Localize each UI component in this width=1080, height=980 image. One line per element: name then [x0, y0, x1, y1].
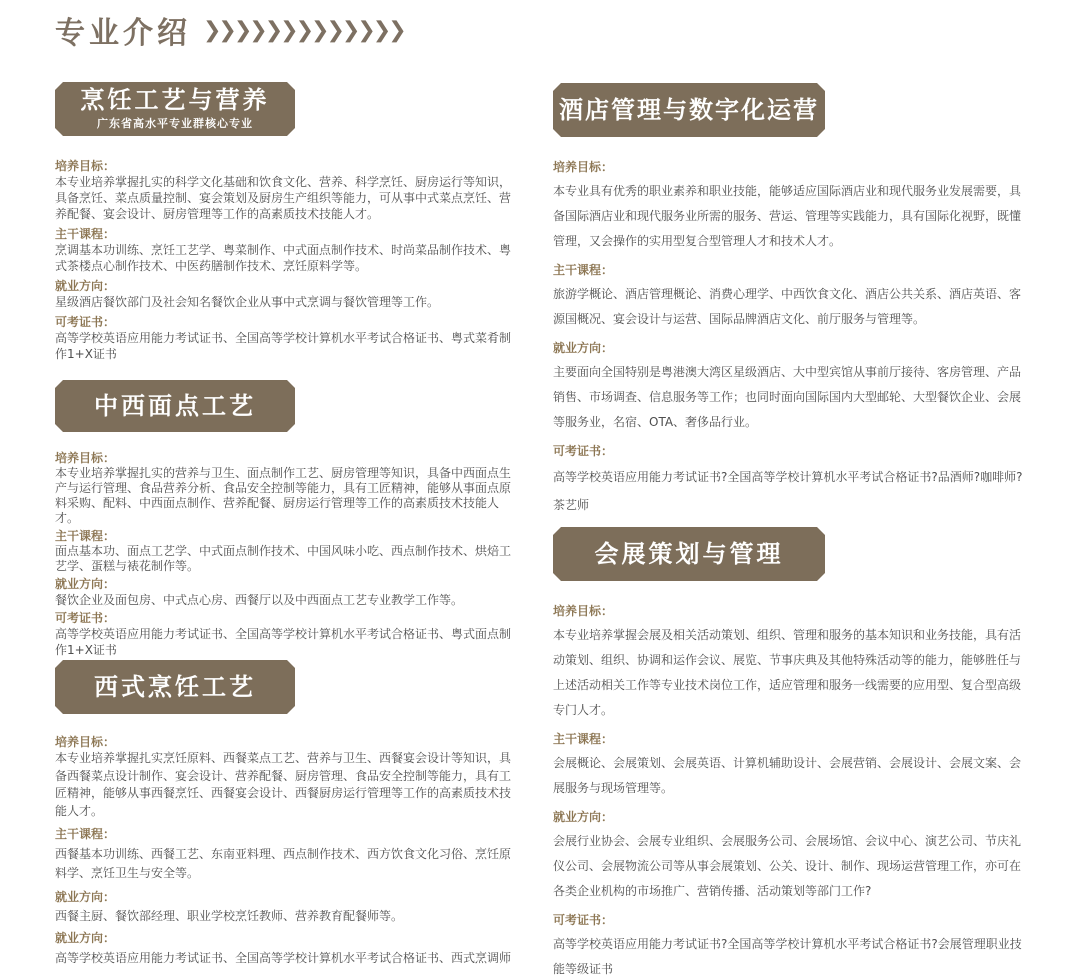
certs-label: 可考证书：	[553, 443, 1023, 459]
courses-text: 面点基本功、面点工艺学、中式面点制作技术、中国风味小吃、西点制作技术、烘焙工艺学…	[55, 544, 517, 574]
goal-text: 本专业培养掌握扎实的营养与卫生、面点制作工艺、厨房管理等知识，具备中西面点生产与…	[55, 466, 517, 526]
certs-label: 可考证书：	[55, 610, 517, 626]
major-banner: 中西面点工艺	[55, 380, 295, 432]
major-western-cuisine: 西式烹饪工艺 培养目标： 本专业培养掌握扎实烹饪原料、西餐菜点工艺、营养与卫生、…	[55, 660, 517, 968]
courses-label: 主干课程：	[55, 226, 517, 242]
goal-label: 培养目标：	[553, 159, 1023, 175]
courses-text: 会展概论、会展策划、会展英语、计算机辅助设计、会展营销、会展设计、会展文案、会展…	[553, 751, 1023, 801]
major-banner: 烹饪工艺与营养 广东省高水平专业群核心专业	[55, 82, 295, 136]
chevrons-decoration-icon: ❯❯❯❯❯❯❯❯❯❯❯❯❯	[203, 18, 404, 43]
certs-text: 高等学校英语应用能力考试证书、全国高等学校计算机水平考试合格证书、粤式菜肴制作1…	[55, 330, 517, 362]
major-name: 会展策划与管理	[595, 541, 784, 567]
major-exhibition-planning: 会展策划与管理 培养目标： 本专业培养掌握会展及相关活动策划、组织、管理和服务的…	[553, 527, 1023, 980]
career-label: 就业方向：	[55, 889, 517, 905]
certs-label: 就业方向：	[55, 930, 517, 946]
goal-label: 培养目标：	[55, 734, 517, 750]
certs-text: 高等学校英语应用能力考试证书、全国高等学校计算机水平考试合格证书、西式烹调师	[55, 949, 517, 968]
major-name: 中西面点工艺	[94, 393, 256, 419]
major-culinary: 烹饪工艺与营养 广东省高水平专业群核心专业 培养目标： 本专业培养掌握扎实的科学…	[55, 82, 517, 362]
goal-text: 本专业培养掌握会展及相关活动策划、组织、管理和服务的基本知识和业务技能，具有活动…	[553, 623, 1023, 723]
major-name: 酒店管理与数字化运营	[559, 97, 819, 123]
career-text: 西餐主厨、餐饮部经理、职业学校烹饪教师、营养教育配餐师等。	[55, 908, 517, 924]
certs-label: 可考证书：	[55, 314, 517, 330]
certs-label: 可考证书：	[553, 912, 1023, 928]
career-label: 就业方向：	[553, 809, 1023, 825]
courses-text: 西餐基本功训练、西餐工艺、东南亚料理、西点制作技术、西方饮食文化习俗、烹饪原料学…	[55, 845, 517, 883]
goal-text: 本专业培养掌握扎实的科学文化基础和饮食文化、营养、科学烹饪、厨房运行等知识，具备…	[55, 174, 517, 222]
page-title-text: 专业介绍	[55, 8, 191, 52]
certs-text: 高等学校英语应用能力考试证书?全国高等学校计算机水平考试合格证书?会展管理职业技…	[553, 932, 1023, 980]
career-label: 就业方向：	[55, 576, 517, 592]
career-text: 主要面向全国特别是粤港澳大湾区星级酒店、大中型宾馆从事前厅接待、客房管理、产品销…	[553, 360, 1023, 435]
career-text: 会展行业协会、会展专业组织、会展服务公司、会展场馆、会议中心、演艺公司、节庆礼仪…	[553, 829, 1023, 904]
major-hotel-management: 酒店管理与数字化运营 培养目标： 本专业具有优秀的职业素养和职业技能，能够适应国…	[553, 83, 1023, 519]
major-name: 西式烹饪工艺	[94, 674, 256, 700]
career-label: 就业方向：	[553, 340, 1023, 356]
career-text: 星级酒店餐饮部门及社会知名餐饮企业从事中式烹调与餐饮管理等工作。	[55, 294, 517, 310]
goal-label: 培养目标：	[553, 603, 1023, 619]
courses-label: 主干课程：	[553, 731, 1023, 747]
courses-text: 烹调基本功训练、烹饪工艺学、粤菜制作、中式面点制作技术、时尚菜品制作技术、粤式茶…	[55, 242, 517, 274]
page-title: 专业介绍 ❯❯❯❯❯❯❯❯❯❯❯❯❯	[55, 8, 404, 52]
certs-text: 高等学校英语应用能力考试证书、全国高等学校计算机水平考试合格证书、粤式面点制作1…	[55, 626, 517, 658]
certs-text: 高等学校英语应用能力考试证书?全国高等学校计算机水平考试合格证书?品酒师?咖啡师…	[553, 463, 1023, 519]
major-banner: 酒店管理与数字化运营	[553, 83, 825, 137]
goal-label: 培养目标：	[55, 450, 517, 466]
career-label: 就业方向：	[55, 278, 517, 294]
major-name: 烹饪工艺与营养	[81, 87, 270, 113]
major-banner: 西式烹饪工艺	[55, 660, 295, 714]
goal-label: 培养目标：	[55, 158, 517, 174]
major-subtitle: 广东省高水平专业群核心专业	[97, 115, 253, 131]
major-pastry: 中西面点工艺 培养目标： 本专业培养掌握扎实的营养与卫生、面点制作工艺、厨房管理…	[55, 380, 517, 658]
courses-label: 主干课程：	[55, 528, 517, 544]
courses-text: 旅游学概论、酒店管理概论、消费心理学、中西饮食文化、酒店公共关系、酒店英语、客源…	[553, 282, 1023, 332]
courses-label: 主干课程：	[553, 262, 1023, 278]
goal-text: 本专业培养掌握扎实烹饪原料、西餐菜点工艺、营养与卫生、西餐宴会设计等知识，具备西…	[55, 750, 517, 820]
major-banner: 会展策划与管理	[553, 527, 825, 581]
courses-label: 主干课程：	[55, 826, 517, 842]
career-text: 餐饮企业及面包房、中式点心房、西餐厅以及中西面点工艺专业教学工作等。	[55, 592, 517, 608]
goal-text: 本专业具有优秀的职业素养和职业技能，能够适应国际酒店业和现代服务业发展需要，具备…	[553, 179, 1023, 254]
